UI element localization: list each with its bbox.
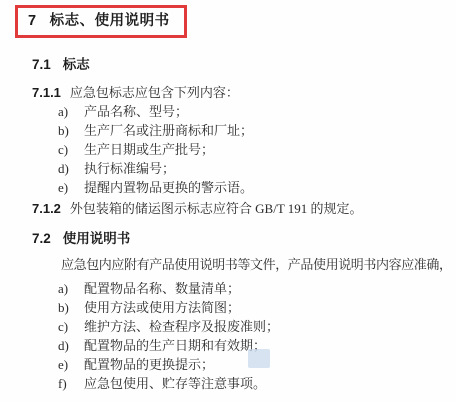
clause-7-1-number: 7.1 [32,57,51,72]
list-item-label: a) [58,279,84,298]
list-item-text: 配置物品名称、数量清单； [84,281,240,296]
list-item-label: c) [58,317,84,336]
list-item-label: c) [58,140,84,159]
list-item: a)产品名称、型号； [58,102,456,121]
clause-7-1-heading: 7.1标志 [32,55,456,74]
list-item: a)配置物品名称、数量清单； [58,279,456,298]
clause-7-1-1-list: a)产品名称、型号； b)生产厂名或注册商标和厂址； c)生产日期或生产批号； … [58,102,456,197]
document-page: 7标志、使用说明书 7.1标志 7.1.1应急包标志应包含下列内容： a)产品名… [0,0,456,403]
list-item-label: d) [58,159,84,178]
clause-7-2-title: 使用说明书 [63,231,131,246]
list-item-text: 执行标准编号； [84,161,175,176]
list-item: f)应急包使用、贮存等注意事项。 [58,374,456,393]
list-item: b)生产厂名或注册商标和厂址； [58,121,456,140]
list-item: e)提醒内置物品更换的警示语。 [58,178,456,197]
list-item: c)维护方法、检查程序及报废准则； [58,317,456,336]
list-item-label: e) [58,355,84,374]
list-item: d)执行标准编号； [58,159,456,178]
clause-7-2-paragraph: 应急包内应附有产品使用说明书等文件，产品使用说明书内容应准确， [61,255,456,274]
list-item-text: 维护方法、检查程序及报废准则； [84,319,279,334]
clause-7-1-2-text: 外包装箱的储运图示标志应符合 GB/T 191 的规定。 [70,201,363,216]
list-item-label: b) [58,121,84,140]
clause-7-number: 7 [28,13,37,29]
clause-7-1-title: 标志 [63,57,90,72]
clause-7-title: 标志、使用说明书 [50,13,170,29]
clause-7-1-1-text: 应急包标志应包含下列内容： [70,85,239,100]
clause-7-2-list: a)配置物品名称、数量清单； b)使用方法或使用方法简图； c)维护方法、检查程… [58,279,456,393]
clause-7-heading-highlight-box: 7标志、使用说明书 [15,5,187,38]
clause-7-2-number: 7.2 [32,231,51,246]
list-item-text: 应急包使用、贮存等注意事项。 [84,376,266,391]
list-item-text: 生产厂名或注册商标和厂址； [84,123,253,138]
list-item-label: a) [58,102,84,121]
watermark-smudge [248,349,270,368]
list-item-label: e) [58,178,84,197]
list-item-label: d) [58,336,84,355]
clause-7-2-heading: 7.2使用说明书 [32,229,456,248]
list-item-text: 配置物品的生产日期和有效期； [84,338,266,353]
list-item: c)生产日期或生产批号； [58,140,456,159]
clause-7-1-1-line: 7.1.1应急包标志应包含下列内容： [32,83,456,102]
list-item-label: b) [58,298,84,317]
list-item-text: 产品名称、型号； [84,104,188,119]
list-item-text: 使用方法或使用方法简图； [84,300,240,315]
list-item: b)使用方法或使用方法简图； [58,298,456,317]
list-item-text: 生产日期或生产批号； [84,142,214,157]
clause-7-1-1-number: 7.1.1 [32,85,61,100]
clause-7-1-2-line: 7.1.2外包装箱的储运图示标志应符合 GB/T 191 的规定。 [32,199,456,218]
list-item-label: f) [58,374,84,393]
list-item-text: 配置物品的更换提示； [84,357,214,372]
clause-7-1-2-number: 7.1.2 [32,201,61,216]
list-item-text: 提醒内置物品更换的警示语。 [84,180,253,195]
